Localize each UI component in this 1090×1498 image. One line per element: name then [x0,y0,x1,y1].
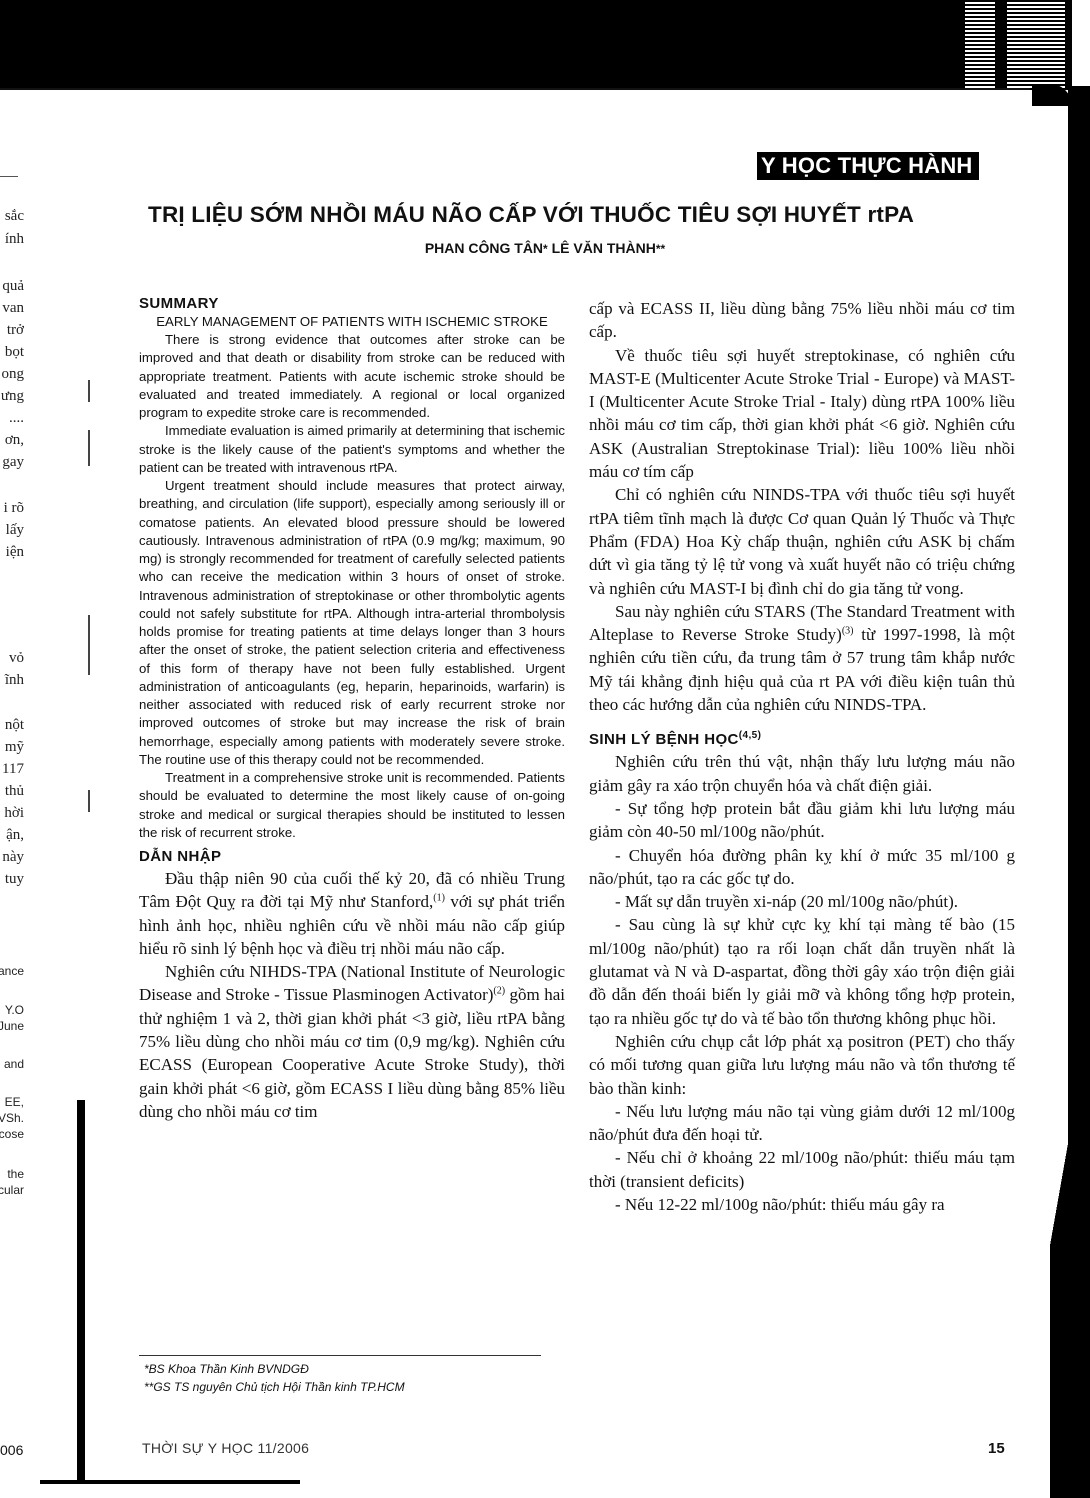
facing-page-fragment: .... [9,410,24,427]
facing-page-fragment: gay [2,454,24,471]
citation-ref: (4,5) [739,730,762,741]
facing-page-fragment: thủ [5,783,24,800]
intro-paragraph-4: Chỉ có nghiên cứu NINDS-TPA với thuốc ti… [589,483,1015,599]
article-title: TRỊ LIỆU SỚM NHỒI MÁU NÃO CẤP VỚI THUỐC … [148,202,1028,228]
facing-page-fragment: cose [0,1127,24,1141]
scan-top-band [0,0,1072,90]
pathophysiology-heading-text: SINH LÝ BỆNH HỌC [589,731,739,748]
facing-page-rule [0,176,18,177]
facing-page-fragment: bọt [5,344,24,361]
facing-page-fragment: lấy [6,522,24,539]
facing-page-fragments: sắcínhquảvantrởbọtongưng....ơn,gayi rõlấ… [0,0,50,1498]
facing-page-fragment: EE, [5,1095,24,1109]
right-column: cấp và ECASS II, liều dùng bằng 75% liều… [589,297,1015,1216]
facing-page-fragment: and [4,1057,24,1071]
intro-heading: DẪN NHẬP [139,848,565,865]
gutter-foot-shadow [40,1480,300,1484]
authors-line: PHAN CÔNG TÂN* LÊ VĂN THÀNH** [0,240,1090,256]
patho-paragraph: - Nếu lưu lượng máu não tại vùng giảm dư… [589,1100,1015,1147]
facing-page-fragment: June [0,1019,24,1033]
facing-page-fragment: nột [5,717,24,734]
facing-page-fragment: ĩnh [5,672,24,689]
summary-heading: SUMMARY [139,295,565,312]
facing-page-fragment: tuy [5,871,24,888]
patho-paragraph: - Sự tổng hợp protein bắt đầu giảm khi l… [589,797,1015,844]
patho-paragraph: Nghiên cứu trên thú vật, nhận thấy lưu l… [589,750,1015,797]
section-badge: Y HỌC THỰC HÀNH [757,152,979,180]
facing-page-fragment: ance [0,964,24,978]
scan-top-band-edge [0,88,1030,90]
facing-page-fragment: VSh. [0,1111,24,1125]
summary-paragraph: Urgent treatment should include measures… [139,477,565,769]
patho-paragraph: - Sau cùng là sự khử cực kỵ khí tại màng… [589,913,1015,1029]
facing-page-fragment: quả [2,278,24,295]
facing-page-fragment: ận, [6,827,24,844]
facing-page-fragment: cular [0,1183,24,1197]
gutter-tick [88,430,90,466]
pathophysiology-heading: SINH LÝ BỆNH HỌC(4,5) [589,730,1015,748]
facing-page-fragment: ong [2,366,25,383]
left-column: SUMMARY EARLY MANAGEMENT OF PATIENTS WIT… [139,295,565,1123]
binding-right-lower-shadow [1050,1040,1090,1498]
gutter-shadow [74,1100,88,1480]
facing-page-fragment: 117 [2,761,24,778]
page-number: 15 [988,1440,1005,1457]
intro-paragraph-2: Nghiên cứu NIHDS-TPA (National Institute… [139,960,565,1123]
citation-ref: (3) [842,626,854,637]
journal-footer: THỜI SỰ Y HỌC 11/2006 [142,1440,309,1456]
patho-paragraph: - Nếu 12-22 ml/100g não/phút: thiếu máu … [589,1193,1015,1216]
author-2-mark: ** [656,242,665,256]
intro-p2-text: Nghiên cứu NIHDS-TPA (National Institute… [139,962,565,1004]
citation-ref: (2) [493,986,505,997]
facing-page-fragment: này [2,849,24,866]
summary-subtitle: EARLY MANAGEMENT OF PATIENTS WITH ISCHEM… [139,313,565,331]
binding-stripes [965,0,1065,88]
gutter-tick [88,790,90,812]
facing-page-fragment: iện [6,544,24,561]
facing-page-fragment: sắc [5,208,24,225]
facing-page-fragment: the [7,1167,24,1181]
intro-p2-rest: gồm hai thử nghiệm 1 và 2, thời gian khở… [139,985,565,1120]
author-1: PHAN CÔNG TÂN [425,240,543,256]
facing-page-fragment: Y.O [5,1003,24,1017]
footnote-2: **GS TS nguyên Chủ tịch Hội Thần kinh TP… [144,1378,564,1396]
patho-paragraph: - Nếu chỉ ở khoảng 22 ml/100g não/phút: … [589,1146,1015,1193]
gutter-tick [88,615,90,675]
citation-ref: (1) [433,893,445,904]
facing-page-fragment: trở [7,322,24,339]
footnote-1: *BS Khoa Thần Kinh BVNDGĐ [144,1360,564,1378]
footnote-divider [139,1355,541,1356]
summary-paragraph: Immediate evaluation is aimed primarily … [139,422,565,477]
patho-paragraph: - Mất sự dẫn truyền xi-náp (20 ml/100g n… [589,890,1015,913]
author-1-mark: * [543,242,548,256]
intro-paragraph-3: Về thuốc tiêu sợi huyết streptokinase, c… [589,344,1015,484]
intro-paragraph-5: Sau này nghiên cứu STARS (The Standard T… [589,600,1015,716]
facing-page-number: 006 [0,1442,23,1458]
facing-page-fragment: vỏ [9,650,24,667]
summary-paragraph: Treatment in a comprehensive stroke unit… [139,769,565,842]
facing-page-fragment: ưng [1,388,24,405]
facing-page-fragment: hời [4,805,24,822]
gutter-tick [88,380,90,402]
author-2: LÊ VĂN THÀNH [552,240,656,256]
facing-page-fragment: i rõ [4,500,24,517]
facing-page-fragment: ơn, [5,432,24,449]
intro-paragraph-1: Đầu thập niên 90 của cuối thế kỷ 20, đã … [139,867,565,960]
patho-paragraph: Nghiên cứu chụp cắt lớp phát xạ positron… [589,1030,1015,1100]
footnotes: *BS Khoa Thần Kinh BVNDGĐ **GS TS nguyên… [144,1360,564,1396]
intro-paragraph-2-continued: cấp và ECASS II, liều dùng bằng 75% liều… [589,297,1015,344]
facing-page-fragment: van [2,300,24,317]
patho-paragraph: - Chuyển hóa đường phân kỵ khí ở mức 35 … [589,844,1015,891]
summary-paragraph: There is strong evidence that outcomes a… [139,331,565,422]
facing-page-fragment: mỹ [5,739,24,756]
